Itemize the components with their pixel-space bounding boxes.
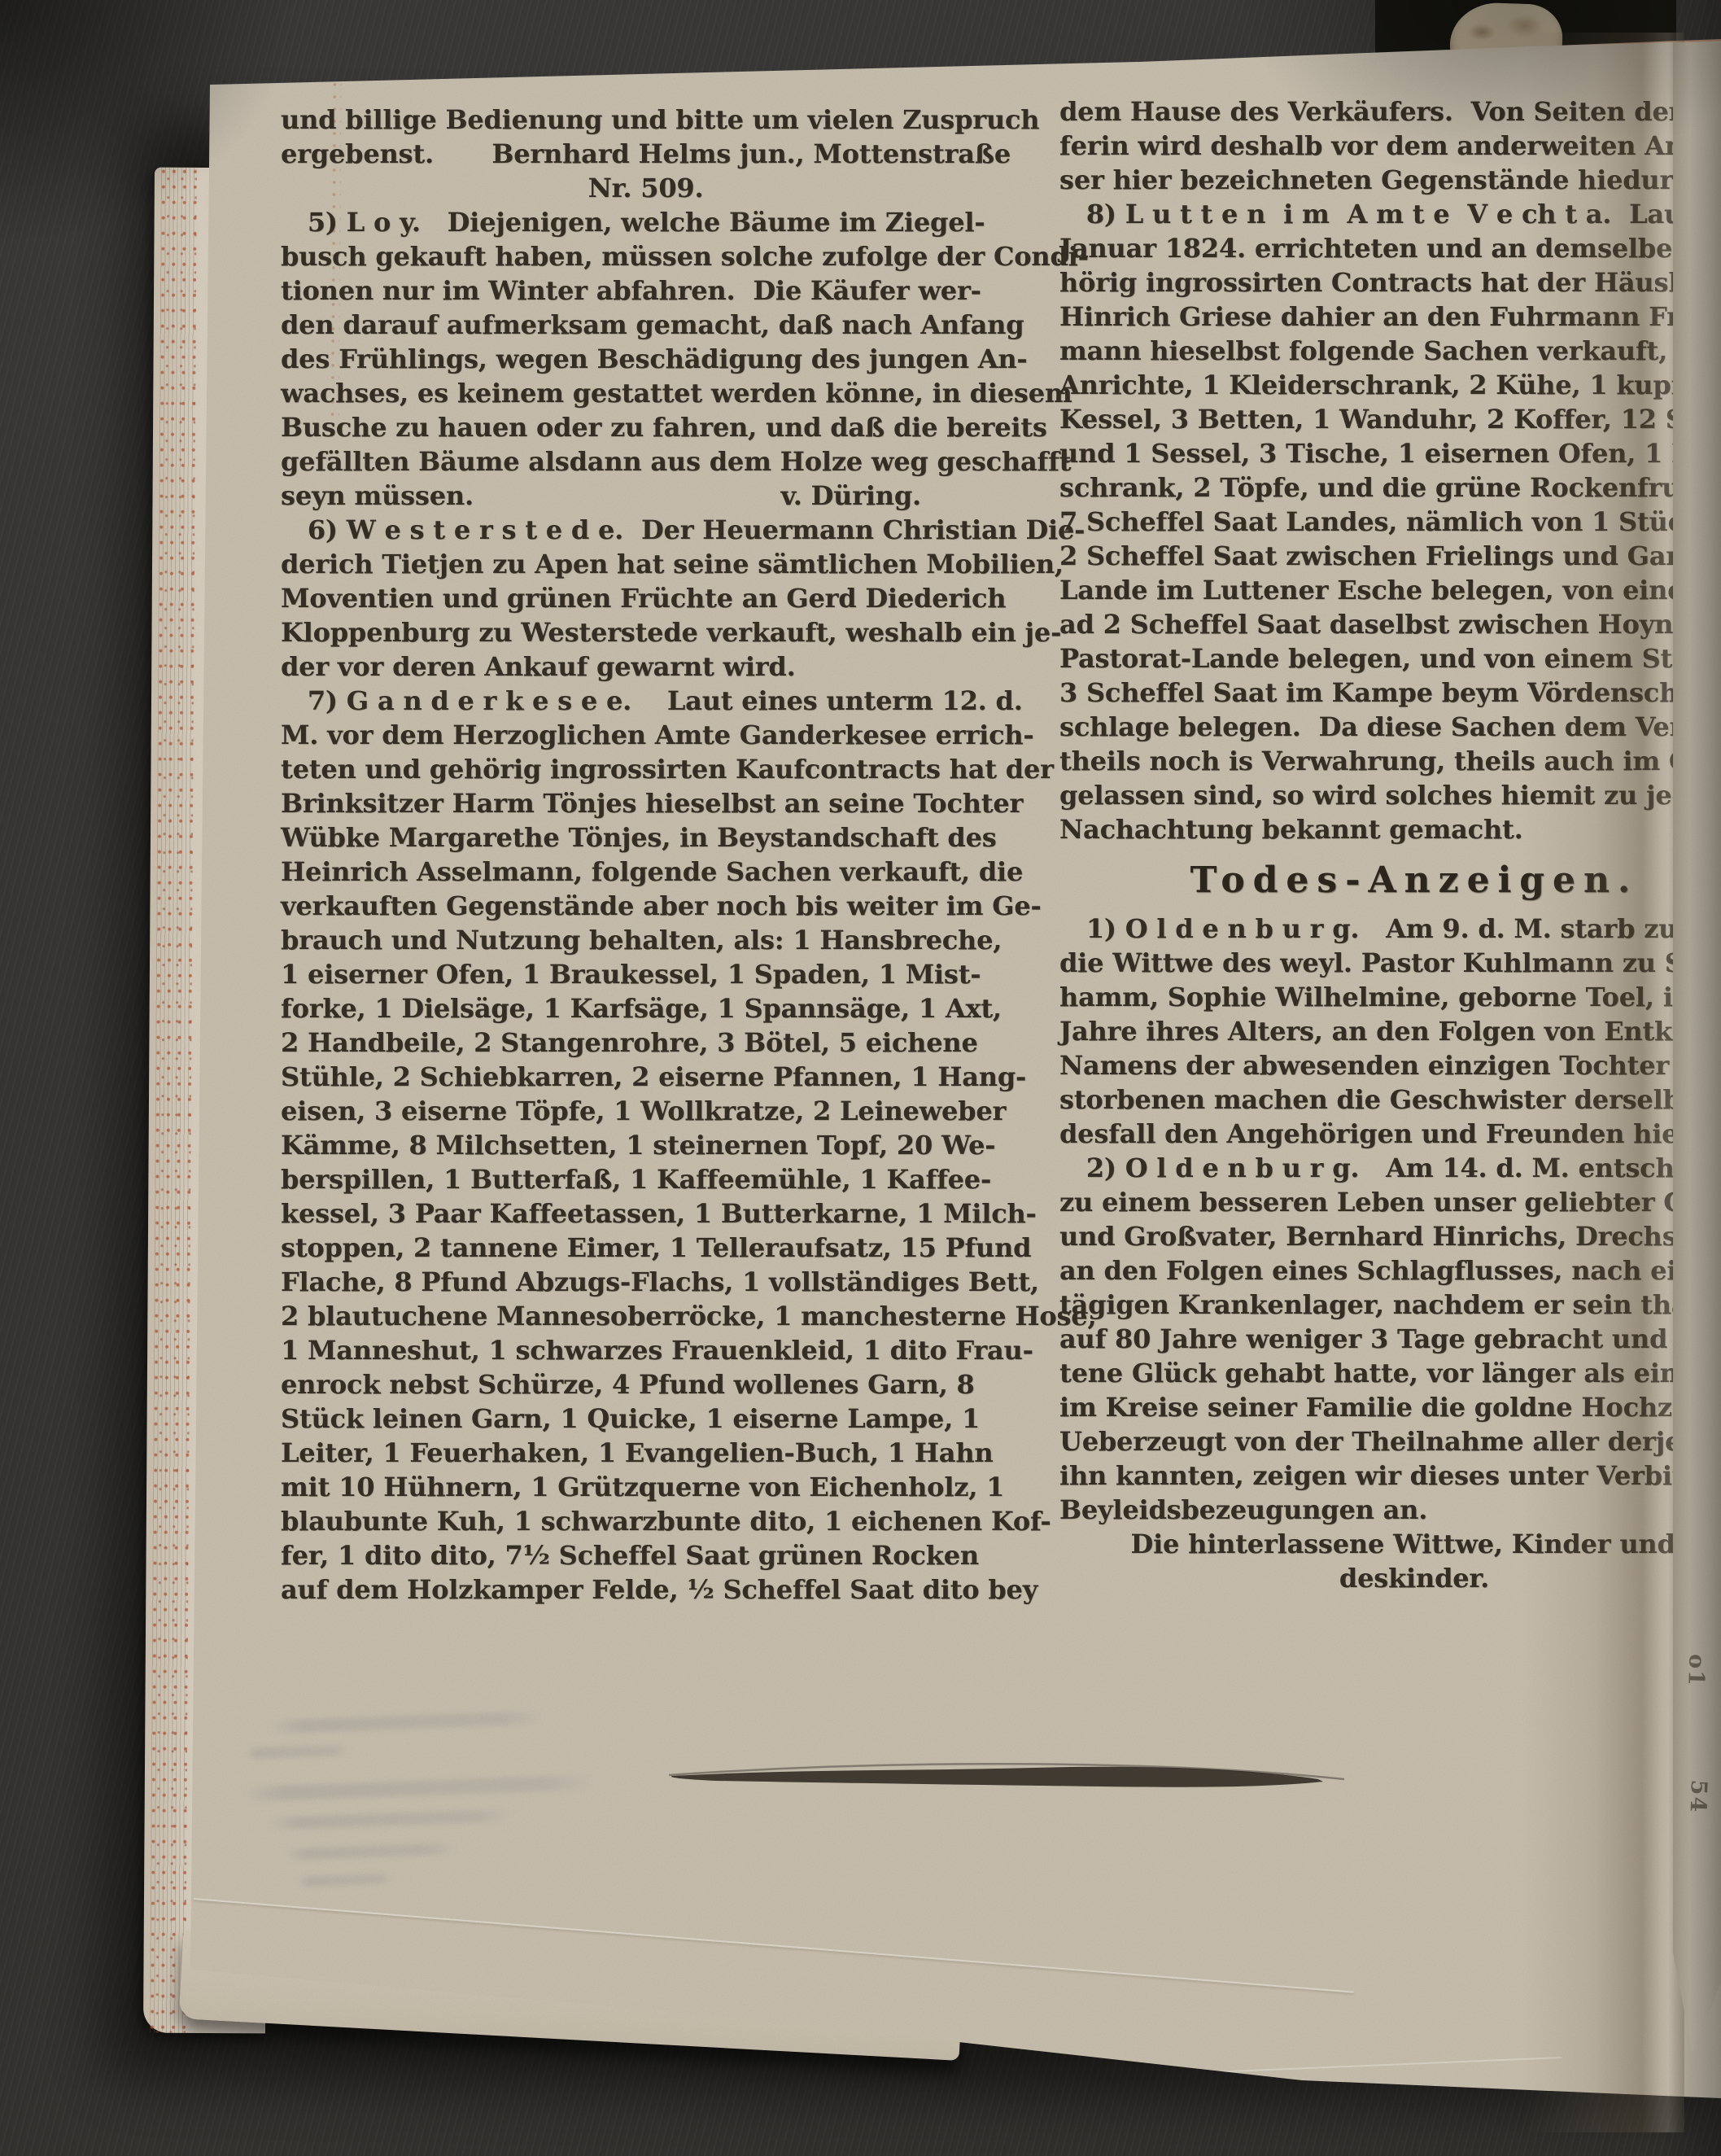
text-line: an den Folgen eines Schlagflusses, nach …	[1059, 1253, 1721, 1288]
text-line: tene Glück gehabt hatte, vor länger als …	[1059, 1356, 1721, 1390]
text-line: gefällten Bäume alsdann aus dem Holze we…	[281, 444, 1011, 479]
text-line: den darauf aufmerksam gemacht, daß nach …	[281, 308, 1011, 342]
text-line: kessel, 3 Paar Kaffeetassen, 1 Butterkar…	[281, 1196, 1011, 1231]
ghost-offset-text	[269, 1809, 513, 1830]
text-line: berspillen, 1 Butterfaß, 1 Kaffeemühle, …	[281, 1162, 1011, 1196]
text-line: Stühle, 2 Schiebkarren, 2 eiserne Pfanne…	[281, 1060, 1011, 1094]
text-line: Wübke Margarethe Tönjes, in Beystandscha…	[281, 820, 1011, 855]
text-line: Kämme, 8 Milchsetten, 1 steinernen Topf,…	[281, 1128, 1011, 1162]
text-line: Kessel, 3 Betten, 1 Wanduhr, 2 Koffer, 1…	[1059, 402, 1721, 436]
next-page-sliver: o1 54	[1673, 42, 1721, 2053]
text-column-left: und billige Bedienung und bitte um viele…	[281, 103, 1011, 1607]
text-line: Brinksitzer Harm Tönjes hieselbst an sei…	[281, 786, 1011, 820]
text-line: verkauften Gegenstände aber noch bis wei…	[281, 889, 1011, 923]
text-line: der vor deren Ankauf gewarnt wird.	[281, 649, 1011, 684]
text-line: 8) L u t t e n i m A m t e V e ch t a. L…	[1059, 197, 1721, 231]
text-line: wachses, es keinem gestattet werden könn…	[281, 376, 1011, 410]
text-line: auf dem Holzkamper Felde, ½ Scheffel Saa…	[281, 1572, 1011, 1607]
text-line: teten und gehörig ingrossirten Kaufcontr…	[281, 752, 1011, 786]
text-line: Anrichte, 1 Kleiderschrank, 2 Kühe, 1 ku…	[1059, 368, 1721, 402]
red-sprinkled-edge	[150, 168, 197, 2033]
text-line: Hinrich Griese dahier an den Fuhrmann Fr…	[1059, 300, 1721, 334]
text-line: Nr. 509.	[281, 171, 1011, 205]
text-line: 7 Scheffel Saat Landes, nämlich von 1 St…	[1059, 505, 1721, 539]
text-line: 1 Manneshut, 1 schwarzes Frauenkleid, 1 …	[281, 1333, 1011, 1367]
text-line: stoppen, 2 tannene Eimer, 1 Telleraufsat…	[281, 1231, 1011, 1265]
text-line: mann hieselbst folgende Sachen verkauft,…	[1059, 334, 1721, 368]
text-line: hörig ingrossirten Contracts hat der Häu…	[1059, 265, 1721, 300]
text-line: Namens der abwesenden einzigen Tochter d…	[1059, 1048, 1721, 1082]
text-line: Pastorat-Lande belegen, und von einem St…	[1059, 641, 1721, 676]
text-line: fer, 1 dito dito, 7½ Scheffel Saat grüne…	[281, 1538, 1011, 1572]
text-line: ser hier bezeichneten Gegenstände hiedur…	[1059, 163, 1721, 197]
text-line: schlage belegen. Da diese Sachen dem Ver…	[1059, 710, 1721, 744]
ghost-offset-text	[240, 1774, 598, 1801]
edge-text-fragment: 54	[1685, 1779, 1711, 1814]
text-line: ihn kannten, zeigen wir dieses unter Ver…	[1059, 1458, 1721, 1493]
ghost-offset-text	[244, 1745, 350, 1760]
text-line: tägigen Krankenlager, nachdem er sein th…	[1059, 1288, 1721, 1322]
text-line: gelassen sind, so wird solches hiemit zu…	[1059, 778, 1721, 812]
text-line: ad 2 Scheffel Saat daselbst zwischen Hoy…	[1059, 607, 1721, 641]
text-line: Beyleidsbezeugungen an.	[1059, 1493, 1721, 1527]
text-column-right: dem Hause des Verkäufers. Von Seiten der…	[1059, 94, 1721, 1595]
text-line: mit 10 Hühnern, 1 Grützquerne von Eichen…	[281, 1470, 1011, 1504]
text-line: schrank, 2 Töpfe, und die grüne Rockenfr…	[1059, 470, 1721, 505]
text-line: forke, 1 Dielsäge, 1 Karfsäge, 1 Spannsä…	[281, 991, 1011, 1026]
scan-photo-background: und billige Bedienung und bitte um viele…	[0, 0, 1721, 2156]
text-line: ergebenst.Bernhard Helms jun., Mottenstr…	[281, 137, 1011, 171]
text-line: seyn müssen.v. Düring.	[281, 479, 1011, 513]
text-line: enrock nebst Schürze, 4 Pfund wollenes G…	[281, 1367, 1011, 1402]
text-line: theils noch is Verwahrung, theils auch i…	[1059, 744, 1721, 778]
text-line: Ueberzeugt von der Theilnahme aller derj…	[1059, 1424, 1721, 1458]
text-line: Jahre ihres Alters, an den Folgen von En…	[1059, 1014, 1721, 1048]
ghost-offset-text	[285, 1843, 456, 1860]
text-line: die Wittwe des weyl. Pastor Kuhlmann zu …	[1059, 946, 1721, 980]
text-line: im Kreise seiner Familie die goldne Hoch…	[1059, 1390, 1721, 1424]
right-column-bottom: 1) O l d e n b u r g. Am 9. d. M. starb …	[1059, 912, 1721, 1595]
text-line: zu einem besseren Leben unser geliebter …	[1059, 1185, 1721, 1219]
death-notices-heading: Todes-Anzeigen.	[1059, 859, 1721, 902]
text-line: Leiter, 1 Feuerhaken, 1 Evangelien-Buch,…	[281, 1436, 1011, 1470]
text-line: und 1 Sessel, 3 Tische, 1 eisernen Ofen,…	[1059, 436, 1721, 470]
text-line: 1) O l d e n b u r g. Am 9. d. M. starb …	[1059, 912, 1721, 946]
text-line: des Frühlings, wegen Beschädigung des ju…	[281, 342, 1011, 376]
paper-crease	[194, 1898, 1354, 1993]
text-line: Heinrich Asselmann, folgende Sachen verk…	[281, 855, 1011, 889]
text-line: eisen, 3 eiserne Töpfe, 1 Wollkratze, 2 …	[281, 1094, 1011, 1128]
text-line: 2 Handbeile, 2 Stangenrohre, 3 Bötel, 5 …	[281, 1026, 1011, 1060]
right-column-top: dem Hause des Verkäufers. Von Seiten der…	[1059, 94, 1721, 846]
text-line: Stück leinen Garn, 1 Quicke, 1 eiserne L…	[281, 1402, 1011, 1436]
text-line: und Großvater, Bernhard Hinrichs, Drechs…	[1059, 1219, 1721, 1253]
text-line: Die hinterlassene Wittwe, Kinder und Ki	[1059, 1527, 1721, 1561]
newspaper-page: und billige Bedienung und bitte um viele…	[0, 0, 1721, 2156]
text-line: 2) O l d e n b u r g. Am 14. d. M. entsc…	[1059, 1151, 1721, 1185]
text-line: hamm, Sophie Wilhelmine, geborne Toel, i…	[1059, 980, 1721, 1014]
text-line: Nachachtung bekannt gemacht.	[1059, 812, 1721, 846]
text-line: und billige Bedienung und bitte um viele…	[281, 103, 1011, 137]
text-line: ferin wird deshalb vor dem anderweiten A…	[1059, 129, 1721, 163]
text-line: desfall den Angehörigen und Freunden hie…	[1059, 1117, 1721, 1151]
text-line: 5) L o y. Diejenigen, welche Bäume im Zi…	[281, 205, 1011, 239]
text-line: Busche zu hauen oder zu fahren, und daß …	[281, 410, 1011, 444]
text-line: tionen nur im Winter abfahren. Die Käufe…	[281, 273, 1011, 308]
text-line: Flache, 8 Pfund Abzugs-Flachs, 1 vollstä…	[281, 1265, 1011, 1299]
text-line: 7) G a n d e r k e s e e. Laut eines unt…	[281, 684, 1011, 718]
text-line: 2 blautuchene Mannesoberröcke, 1 manches…	[281, 1299, 1011, 1333]
text-line: M. vor dem Herzoglichen Amte Ganderkesee…	[281, 718, 1011, 752]
text-line: 2 Scheffel Saat zwischen Frielings und G…	[1059, 539, 1721, 573]
text-line: Kloppenburg zu Westerstede verkauft, wes…	[281, 615, 1011, 649]
text-line: 6) W e s t e r s t e d e. Der Heuermann …	[281, 513, 1011, 547]
text-line: derich Tietjen zu Apen hat seine sämtlic…	[281, 547, 1011, 581]
text-line: busch gekauft haben, müssen solche zufol…	[281, 239, 1011, 273]
text-line: Moventien und grünen Früchte an Gerd Die…	[281, 581, 1011, 615]
text-line: dem Hause des Verkäufers. Von Seiten der…	[1059, 94, 1721, 129]
text-line: brauch und Nutzung behalten, als: 1 Hans…	[281, 923, 1011, 957]
ghost-offset-text	[269, 1711, 545, 1734]
ghost-offset-text	[297, 1874, 395, 1887]
text-line: auf 80 Jahre weniger 3 Tage gebracht und…	[1059, 1322, 1721, 1356]
ink-smear	[667, 1748, 1351, 1805]
text-line: 3 Scheffel Saat im Kampe beym Vördensche…	[1059, 676, 1721, 710]
text-line: Januar 1824. errichteten und an demselbe…	[1059, 231, 1721, 265]
text-line: 1 eiserner Ofen, 1 Braukessel, 1 Spaden,…	[281, 957, 1011, 991]
text-line: Lande im Luttener Esche belegen, von ein…	[1059, 573, 1721, 607]
text-line: storbenen machen die Geschwister derselb…	[1059, 1082, 1721, 1117]
text-line: deskinder.	[1059, 1561, 1721, 1595]
edge-text-fragment: o1	[1683, 1654, 1709, 1688]
text-line: blaubunte Kuh, 1 schwarzbunte dito, 1 ei…	[281, 1504, 1011, 1538]
